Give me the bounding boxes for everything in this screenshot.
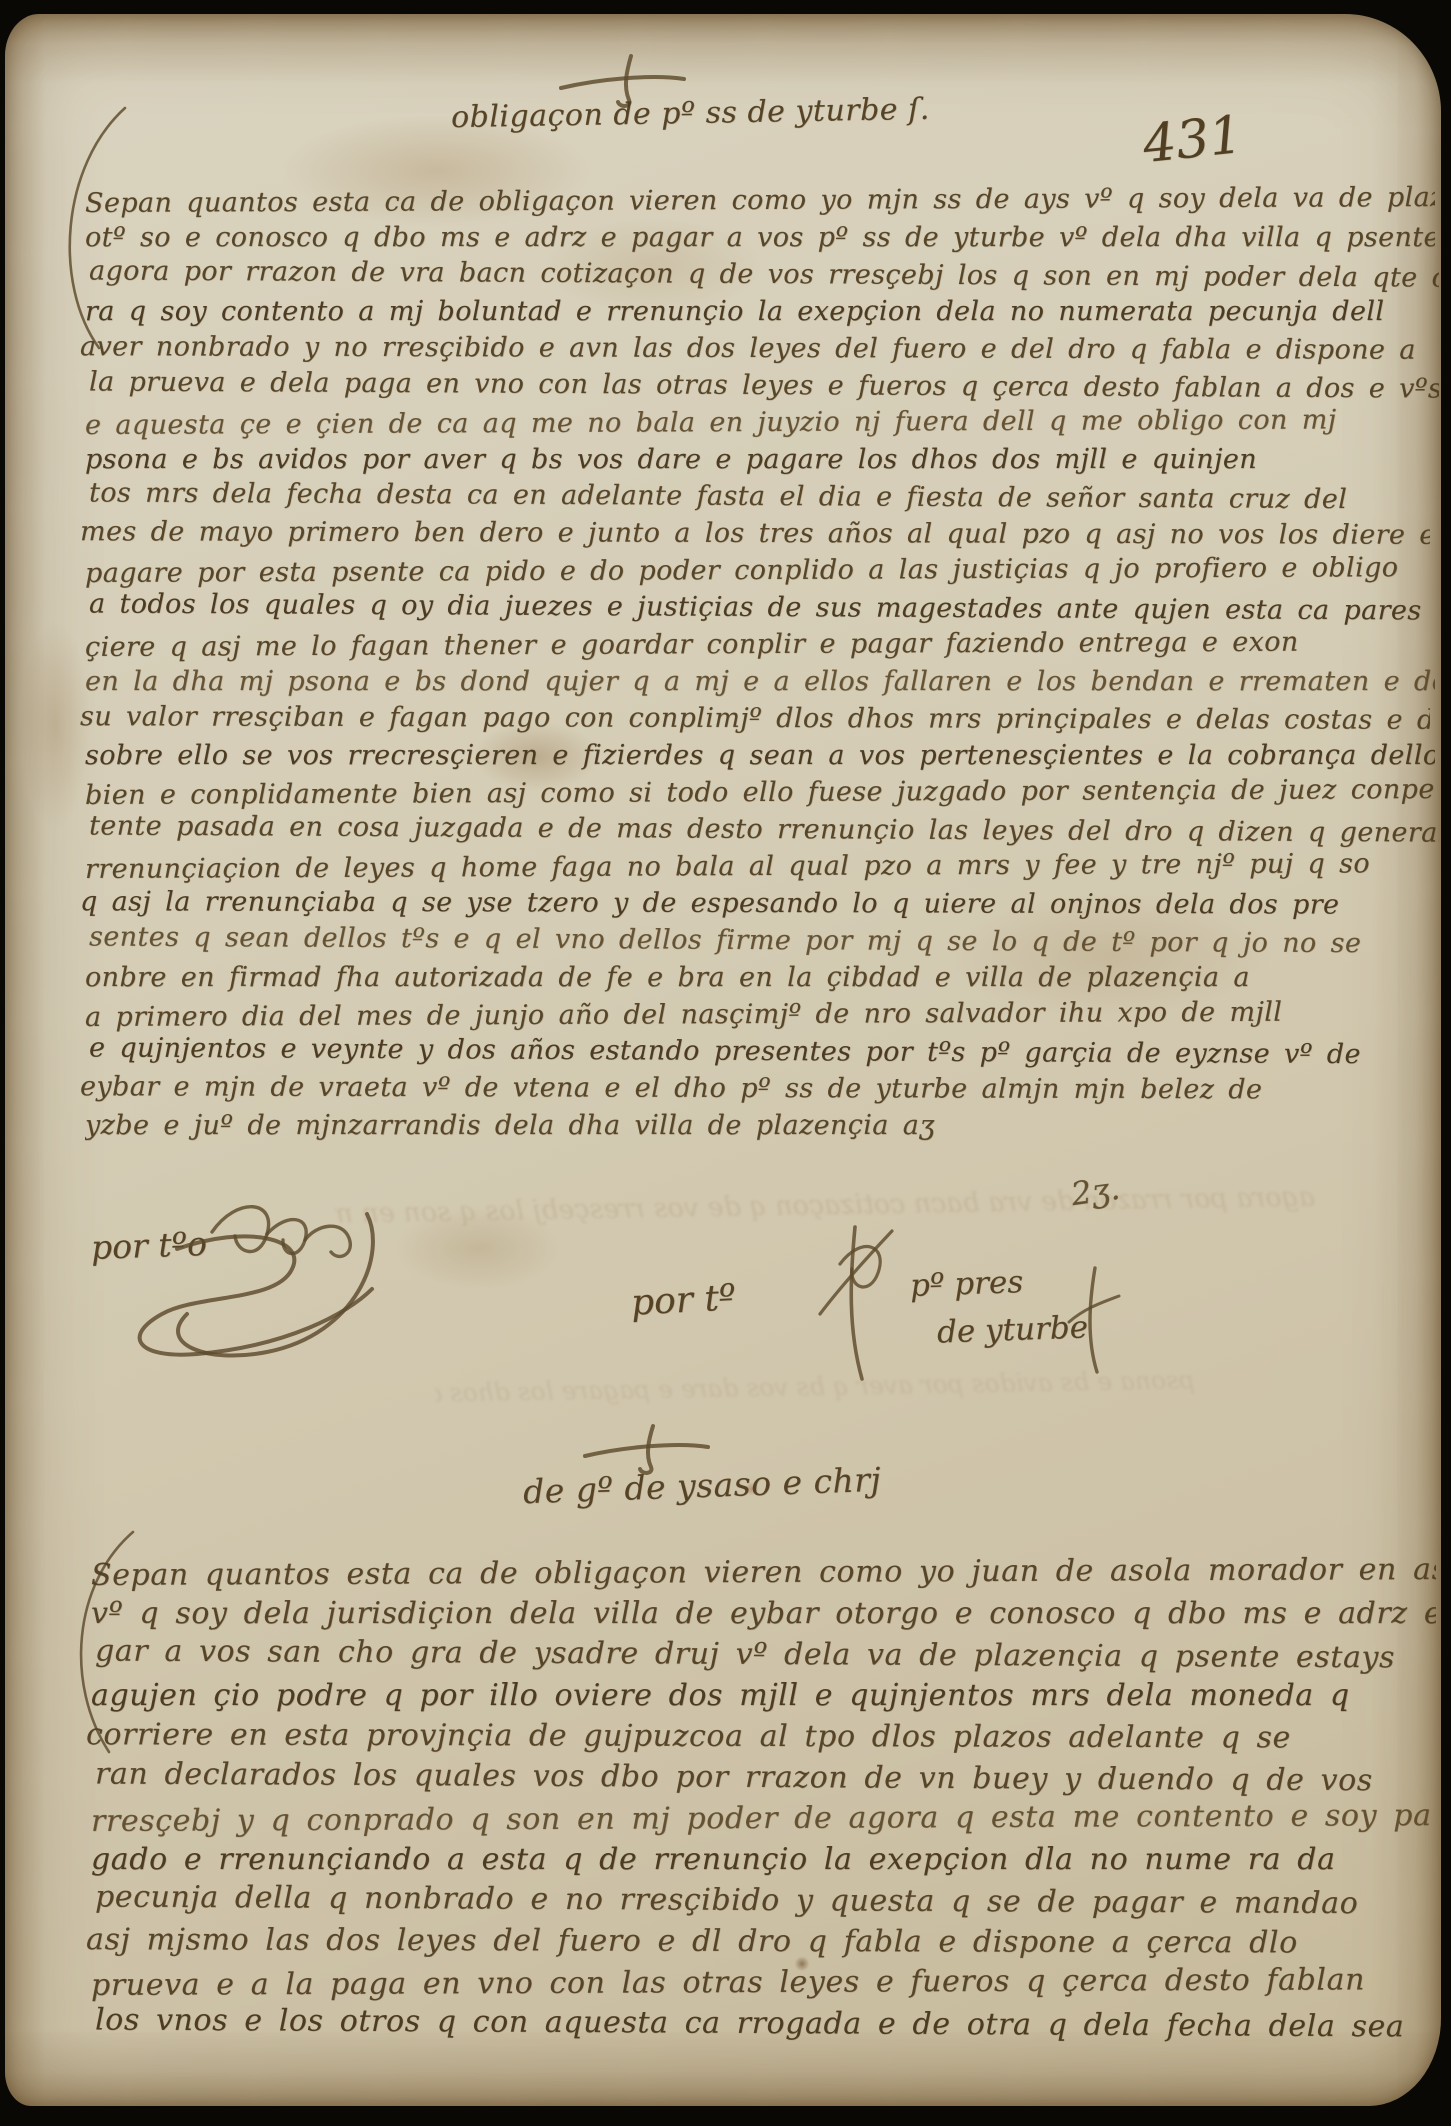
manuscript-photo: 431 obligaçon de pº ss de yturbe ſ. Sepa… (0, 0, 1451, 2126)
manuscript-line: ran declarados los quales vos dbo por rr… (95, 1754, 1440, 1802)
manuscript-line: agujen çio podre q por illo oviere dos m… (91, 1675, 1436, 1716)
manuscript-line: e aquesta çe e çien de ca aq me no bala … (85, 401, 1435, 444)
manuscript-line: gado e rrenunçiando a esta q de rrenunçi… (91, 1839, 1436, 1880)
manuscript-line: en la dha mj psona e bs dond qujer q a m… (85, 663, 1435, 700)
manuscript-line: Sepan quantos esta ca de obligaçon viere… (85, 179, 1435, 222)
manuscript-line: bien e conplidamente bien asj como si to… (85, 771, 1435, 814)
manuscript-line: rresçebj y q conprado q son en mj poder … (91, 1795, 1436, 1842)
manuscript-page: 431 obligaçon de pº ss de yturbe ſ. Sepa… (5, 14, 1441, 2106)
signature-rubric (117, 1194, 417, 1369)
manuscript-line: asj mjsmo las dos leyes del fuero e dl d… (86, 1919, 1431, 1964)
manuscript-line: otº so e conosco q dbo ms e adrz e pagar… (85, 219, 1435, 256)
manuscript-line: yzbe e juº de mjnzarrandis dela dha vill… (85, 1107, 1435, 1144)
manuscript-line: mes de mayo primero ben dero e junto a l… (80, 513, 1430, 554)
manuscript-line: ra q soy contento a mj boluntad e rrenun… (85, 293, 1435, 330)
manuscript-line: su valor rresçiban e fagan pago con conp… (80, 698, 1430, 739)
manuscript-line: los vnos e los otros q con aquesta ca rr… (95, 2000, 1440, 2048)
manuscript-line: sentes q sean dellos tºs e q el vno dell… (89, 918, 1439, 962)
manuscript-line: corriere en esta provjnçia de gujpuzcoa … (86, 1714, 1431, 1759)
manuscript-line: a primero dia del mes de junjo año del n… (85, 993, 1435, 1036)
manuscript-line: pagare por esta psente ca pido e do pode… (85, 549, 1435, 592)
manuscript-line: tos mrs dela fecha desta ca en adelante … (89, 474, 1439, 518)
manuscript-line: çiere q asj me lo fagan thener e goardar… (85, 623, 1435, 666)
manuscript-line: rrenunçiaçion de leyes q home faga no ba… (85, 845, 1435, 888)
manuscript-line: prueva e a la paga en vno con las otras … (91, 1959, 1436, 2006)
manuscript-line: e qujnjentos e veynte y dos años estando… (89, 1029, 1439, 1073)
manuscript-line: aver nonbrado y no rresçibido e avn las … (80, 328, 1430, 369)
manuscript-line: gar a vos san cho gra de ysadre druj vº … (95, 1631, 1440, 1679)
manuscript-line: Sepan quantos esta ca de obligaçon viere… (91, 1549, 1436, 1596)
manuscript-line: q asj la rrenunçiaba q se yse tzero y de… (80, 883, 1430, 924)
manuscript-line: onbre en firmad fha autorizada de fe e b… (85, 959, 1435, 996)
manuscript-line: sobre ello se vos rrecresçieren e fizier… (85, 737, 1435, 774)
folio-number: 431 (1140, 105, 1245, 175)
doc1-paragraph: Sepan quantos esta ca de obligaçon viere… (85, 182, 1435, 1144)
signature-tail-flourish (1057, 1262, 1127, 1377)
manuscript-line: psona e bs avidos por aver q bs vos dare… (85, 441, 1435, 478)
por-testigo-label: por tº (630, 1277, 737, 1323)
manuscript-line: pecunja della q nonbrado e no rresçibido… (95, 1877, 1440, 1925)
manuscript-line: agora por rrazon de vra bacn cotizaçon q… (89, 252, 1439, 296)
doc2-paragraph: Sepan quantos esta ca de obligaçon viere… (91, 1552, 1436, 2044)
signer-name-line1: pº pres (909, 1264, 1023, 1304)
signature-flourish (800, 1219, 900, 1384)
doc2-heading: de gº de ysaso e chrj (522, 1460, 881, 1511)
manuscript-line: eybar e mjn de vraeta vº de vtena e el d… (80, 1068, 1430, 1109)
doc1-heading: obligaçon de pº ss de yturbe ſ. (451, 92, 930, 135)
manuscript-line: vº q soy dela jurisdiçion dela villa de … (91, 1593, 1436, 1634)
